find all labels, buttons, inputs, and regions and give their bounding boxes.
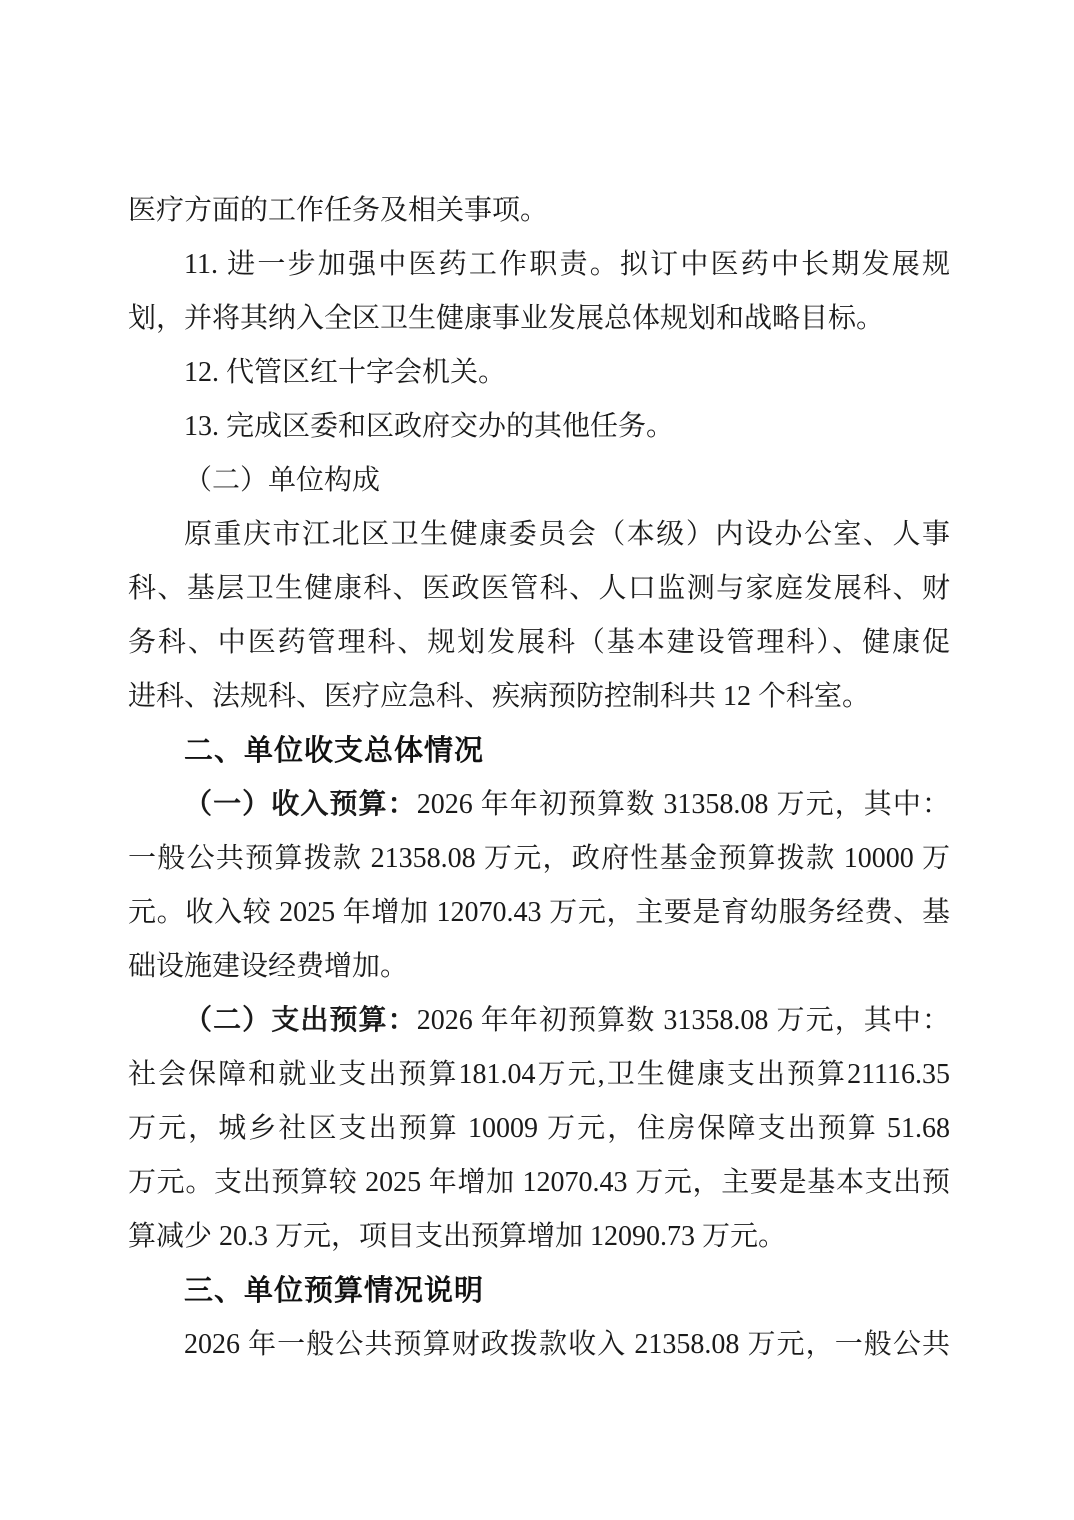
text-line: 算减少 20.3 万元，项目支出预算增加 12090.73 万元。 [128, 1210, 950, 1264]
text-line: 进科、法规科、医疗应急科、疾病预防控制科共 12 个科室。 [128, 670, 950, 724]
text-line: 划，并将其纳入全区卫生健康事业发展总体规划和战略目标。 [128, 292, 950, 346]
section-heading: 二、单位收支总体情况 [128, 724, 950, 778]
text-line: 万元。支出预算较 2025 年增加 12070.43 万元，主要是基本支出预 [128, 1156, 950, 1210]
text-content: 医疗方面的工作任务及相关事项。11. 进一步加强中医药工作职责。拟订中医药中长期… [128, 184, 950, 1372]
text-line: 社会保障和就业支出预算181.04万元,卫生健康支出预算21116.35 [128, 1048, 950, 1102]
text-line: 科、基层卫生健康科、医政医管科、人口监测与家庭发展科、财 [128, 562, 950, 616]
text-line: 原重庆市江北区卫生健康委员会（本级）内设办公室、人事 [128, 508, 950, 562]
paragraph-lead: （二）支出预算： [184, 1005, 417, 1036]
text-line: 13. 完成区委和区政府交办的其他任务。 [128, 400, 950, 454]
document-page: 医疗方面的工作任务及相关事项。11. 进一步加强中医药工作职责。拟订中医药中长期… [0, 0, 1074, 1520]
section-heading: 三、单位预算情况说明 [128, 1264, 950, 1318]
text-line: （二）支出预算：2026 年年初预算数 31358.08 万元，其中： [128, 994, 950, 1048]
text-line: 务科、中医药管理科、规划发展科（基本建设管理科）、健康促 [128, 616, 950, 670]
text-line: 2026 年一般公共预算财政拨款收入 21358.08 万元，一般公共 [128, 1318, 950, 1372]
text-line: 础设施建设经费增加。 [128, 940, 950, 994]
text-line: 一般公共预算拨款 21358.08 万元，政府性基金预算拨款 10000 万 [128, 832, 950, 886]
text-line: 11. 进一步加强中医药工作职责。拟订中医药中长期发展规 [128, 238, 950, 292]
text-line: （二）单位构成 [128, 454, 950, 508]
text-line: 元。收入较 2025 年增加 12070.43 万元，主要是育幼服务经费、基 [128, 886, 950, 940]
paragraph-lead: （一）收入预算： [184, 789, 417, 820]
text-line: 12. 代管区红十字会机关。 [128, 346, 950, 400]
text-line: （一）收入预算：2026 年年初预算数 31358.08 万元，其中： [128, 778, 950, 832]
text-line: 医疗方面的工作任务及相关事项。 [128, 184, 950, 238]
text-line: 万元，城乡社区支出预算 10009 万元，住房保障支出预算 51.68 [128, 1102, 950, 1156]
